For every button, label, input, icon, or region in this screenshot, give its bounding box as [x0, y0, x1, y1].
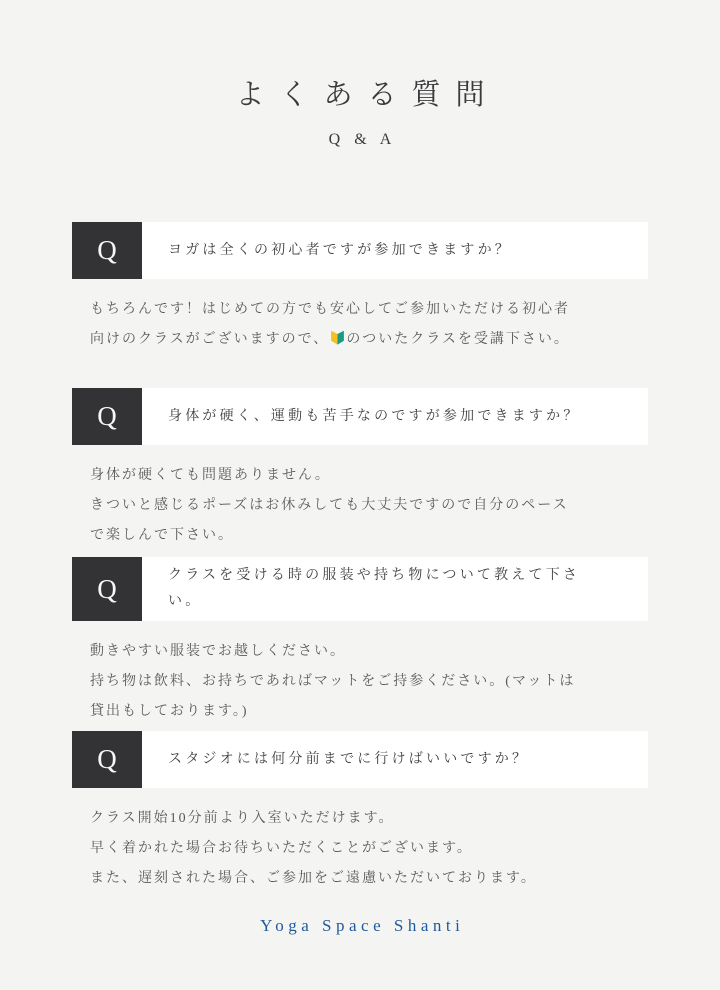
question-row: Q クラスを受ける時の服装や持ち物について教えて下さい。	[72, 557, 648, 621]
answer-paragraph: クラス開始10分前より入室いただけます。	[90, 804, 580, 834]
footer: Yoga Space Shanti	[0, 916, 720, 936]
q-badge: Q	[72, 388, 142, 445]
page-title: よくある質問	[0, 76, 720, 114]
q-badge: Q	[72, 557, 142, 621]
question-row: Q ヨガは全くの初心者ですが参加できますか？	[72, 222, 648, 279]
faq-item: Q ヨガは全くの初心者ですが参加できますか？ もちろんです！はじめての方でも安心…	[72, 222, 648, 355]
answer-text-after: のついたクラスを受講下さい。	[346, 332, 570, 347]
question-bar: クラスを受ける時の服装や持ち物について教えて下さい。	[142, 557, 648, 621]
q-badge: Q	[72, 731, 142, 788]
faq-item: Q クラスを受ける時の服装や持ち物について教えて下さい。 動きやすい服装でお越し…	[72, 557, 648, 727]
question-text: ヨガは全くの初心者ですが参加できますか？	[168, 238, 512, 264]
answer-paragraph: また、遅刻された場合、ご参加をご遠慮いただいております。	[90, 864, 580, 894]
beginner-mark-icon	[329, 329, 346, 346]
answer-paragraph: 持ち物は飲料、お持ちであればマットをご持参ください。(マットは貸出もしております…	[90, 667, 580, 727]
answer: クラス開始10分前より入室いただけます。 早く着かれた場合お待ちいただくことがご…	[72, 804, 648, 894]
question-row: Q 身体が硬く、運動も苦手なのですが参加できますか？	[72, 388, 648, 445]
answer: 身体が硬くても問題ありません。 きついと感じるポーズはお休みしても大丈夫ですので…	[72, 461, 648, 551]
faq-item: Q 身体が硬く、運動も苦手なのですが参加できますか？ 身体が硬くても問題ありませ…	[72, 388, 648, 551]
question-row: Q スタジオには何分前までに行けばいいですか？	[72, 731, 648, 788]
faq-page: よくある質問 Q & A Q ヨガは全くの初心者ですが参加できますか？ もちろん…	[0, 0, 720, 936]
faq-item: Q スタジオには何分前までに行けばいいですか？ クラス開始10分前より入室いただ…	[72, 731, 648, 894]
page-subtitle: Q & A	[0, 128, 720, 152]
answer-paragraph: 動きやすい服装でお越しください。	[90, 637, 580, 667]
question-text: スタジオには何分前までに行けばいいですか？	[168, 747, 529, 773]
answer: 動きやすい服装でお越しください。 持ち物は飲料、お持ちであればマットをご持参くだ…	[72, 637, 648, 727]
question-bar: 身体が硬く、運動も苦手なのですが参加できますか？	[142, 388, 648, 445]
answer-paragraph: 身体が硬くても問題ありません。	[90, 461, 580, 491]
faq-list: Q ヨガは全くの初心者ですが参加できますか？ もちろんです！はじめての方でも安心…	[72, 222, 648, 894]
question-bar: スタジオには何分前までに行けばいいですか？	[142, 731, 648, 788]
site-name-link[interactable]: Yoga Space Shanti	[260, 916, 464, 935]
question-text: 身体が硬く、運動も苦手なのですが参加できますか？	[168, 404, 581, 430]
answer-paragraph: もちろんです！はじめての方でも安心してご参加いただける初心者向けのクラスがござい…	[90, 295, 580, 355]
answer-paragraph: 早く着かれた場合お待ちいただくことがございます。	[90, 834, 580, 864]
answer-paragraph: きついと感じるポーズはお休みしても大丈夫ですので自分のペースで楽しんで下さい。	[90, 491, 580, 551]
question-bar: ヨガは全くの初心者ですが参加できますか？	[142, 222, 648, 279]
question-text: クラスを受ける時の服装や持ち物について教えて下さい。	[168, 563, 590, 615]
q-badge: Q	[72, 222, 142, 279]
answer: もちろんです！はじめての方でも安心してご参加いただける初心者向けのクラスがござい…	[72, 295, 648, 355]
